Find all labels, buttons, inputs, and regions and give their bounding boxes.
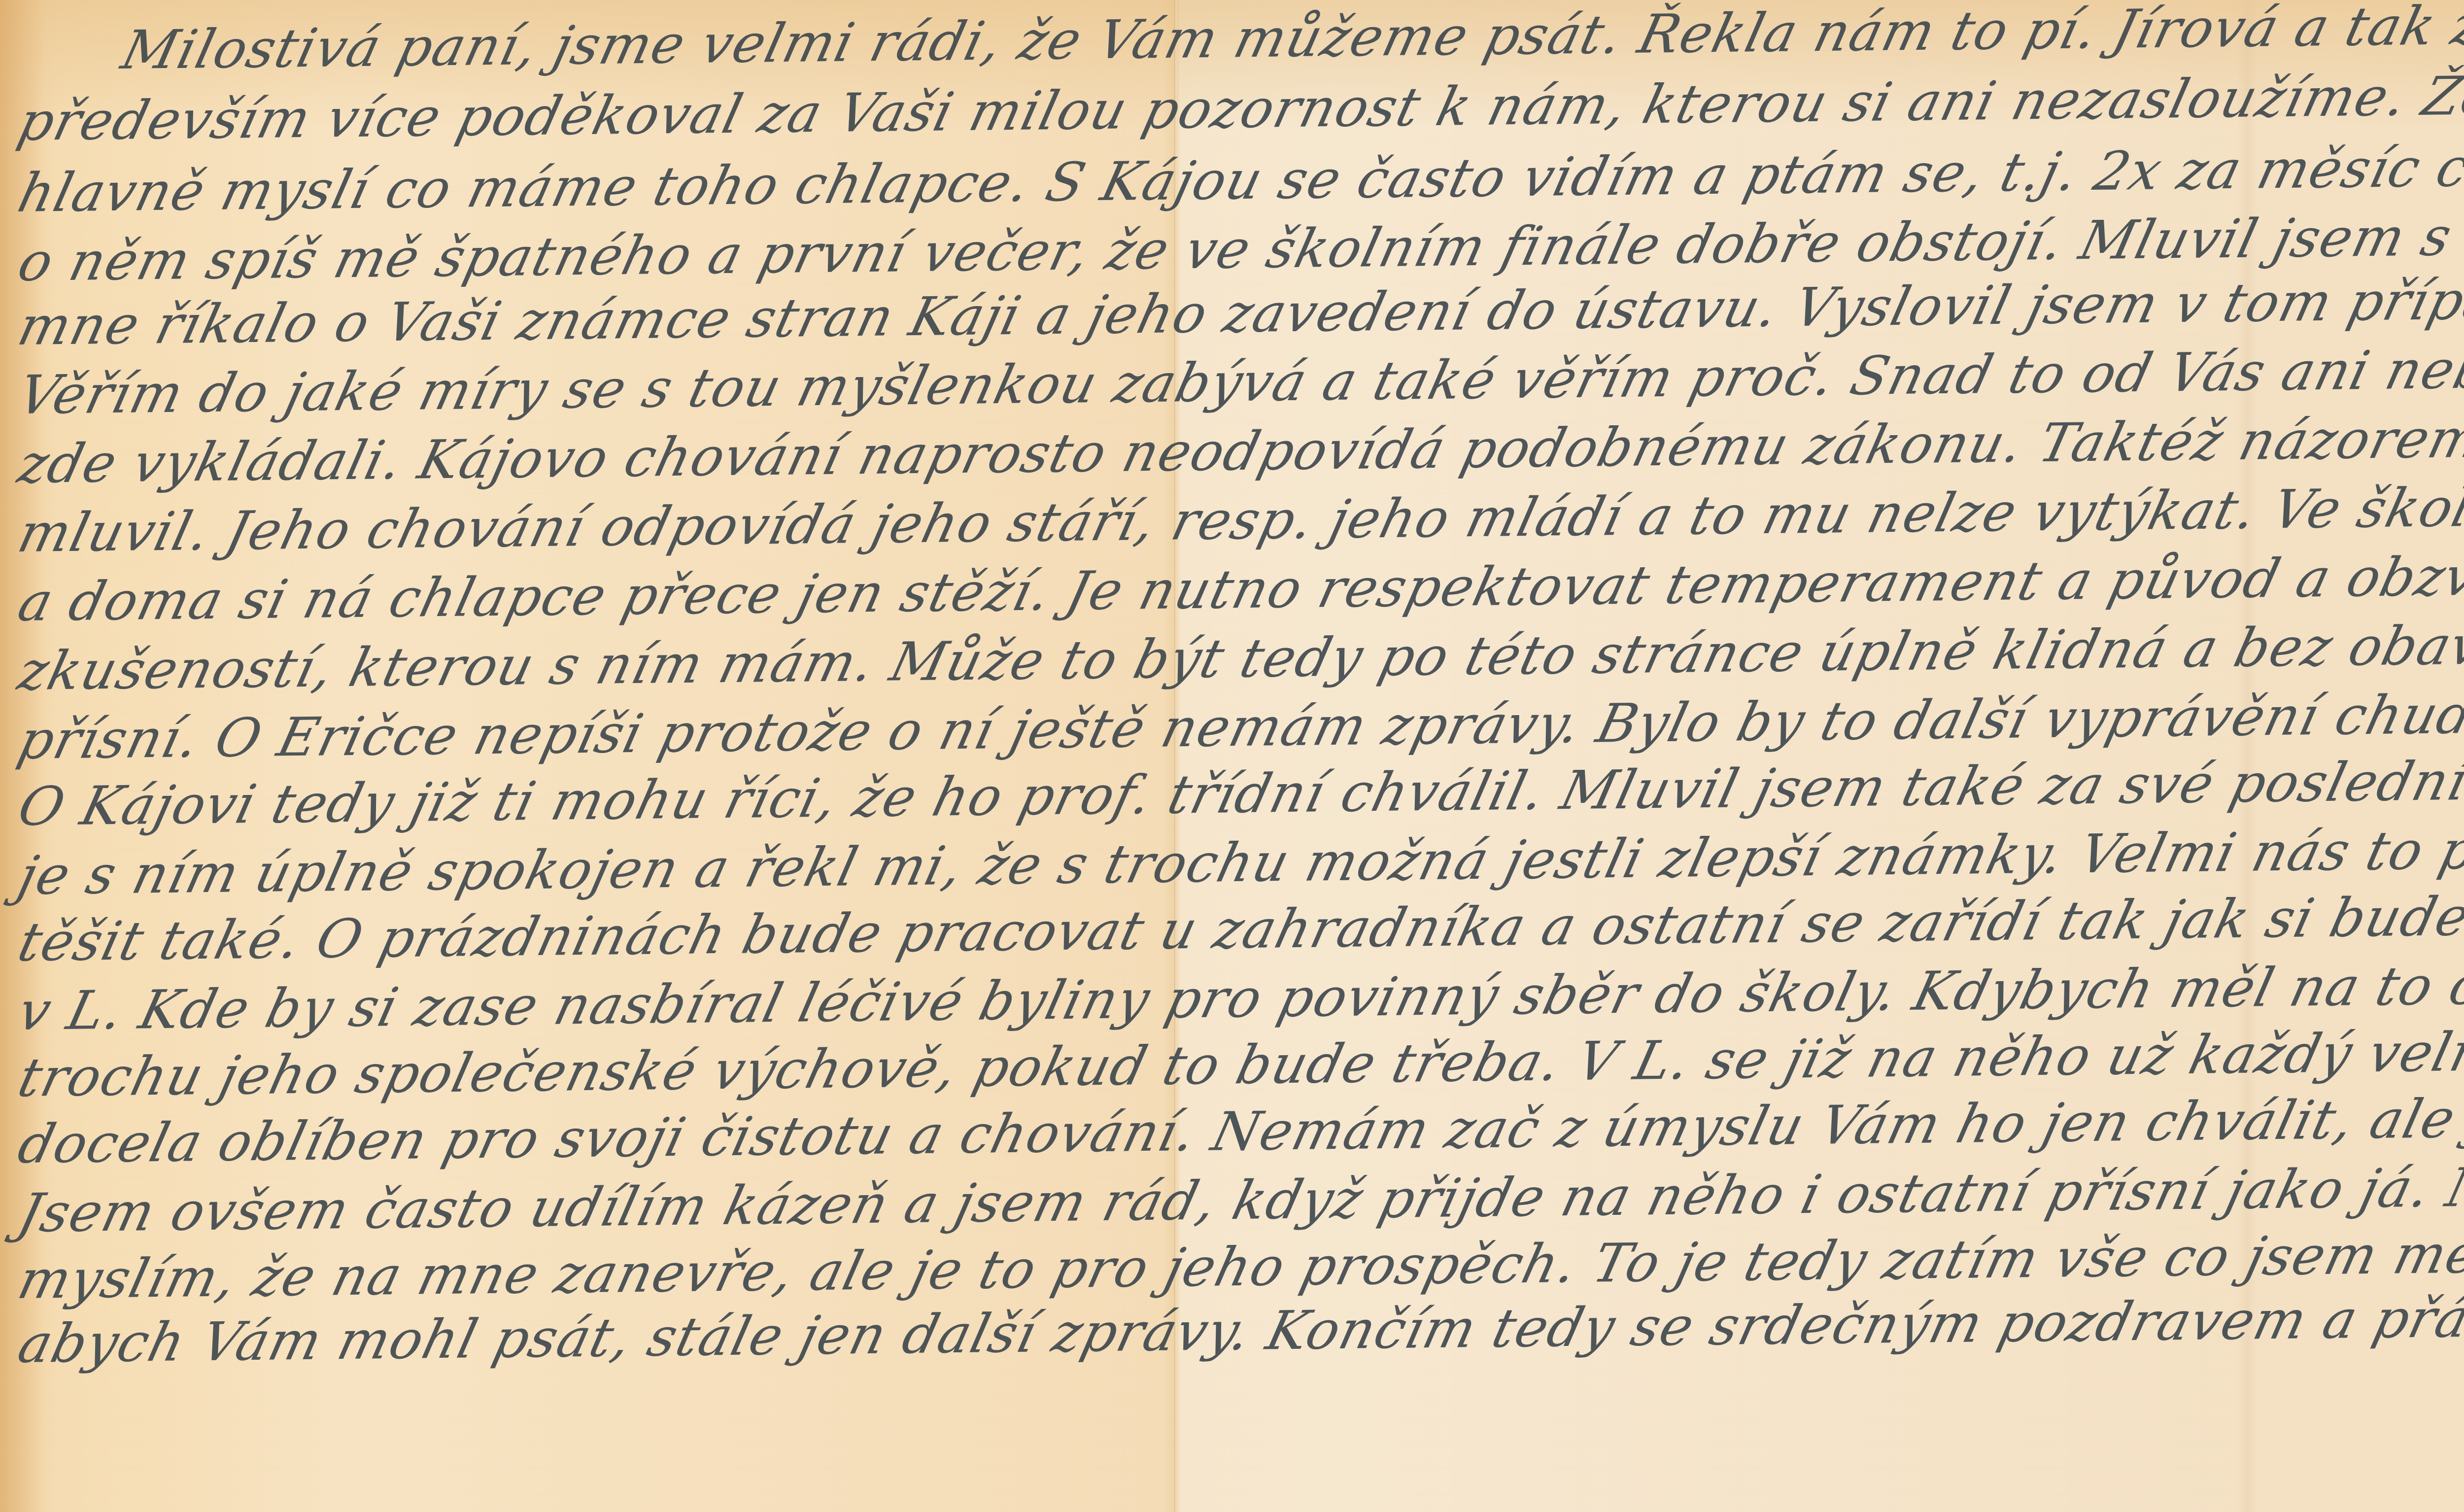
letter-body: 5.VI.44 Milostivá paní, jsme velmi rádi,…: [0, 0, 2464, 1512]
letter-page: 5.VI.44 Milostivá paní, jsme velmi rádi,…: [0, 0, 2464, 1512]
